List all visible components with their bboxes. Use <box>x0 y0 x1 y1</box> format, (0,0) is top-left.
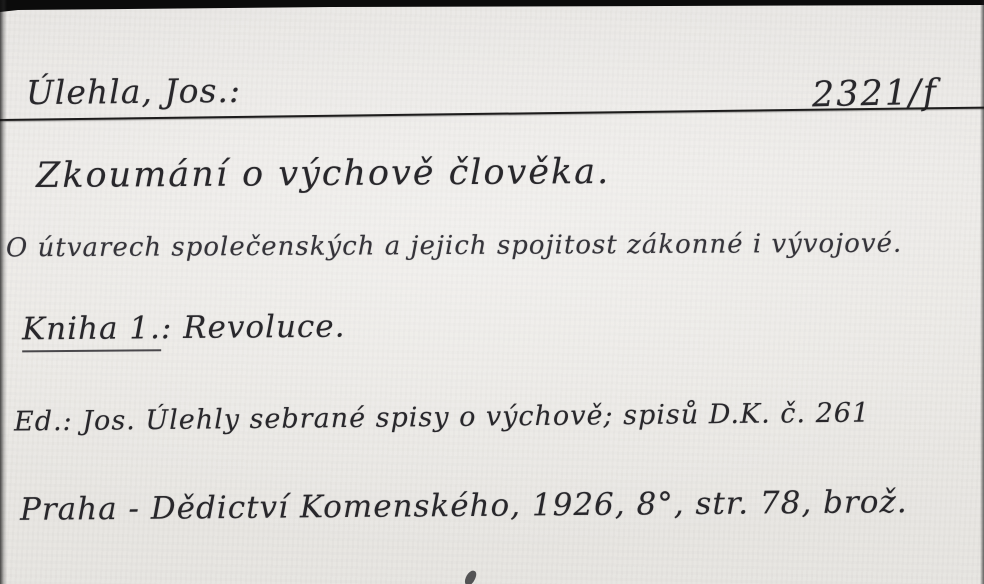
subtitle-line: O útvarech společenských a jejich spojit… <box>6 229 902 264</box>
scan-edge-right <box>980 0 984 584</box>
volume-line: Kniha 1.: Revoluce. <box>22 309 346 348</box>
volume-label-underlined: Kniha 1. <box>22 310 161 352</box>
author-heading: Úlehla, Jos.: <box>26 71 241 112</box>
title-line: Zkoumání o výchově člověka. <box>36 152 610 196</box>
volume-title: : Revoluce. <box>161 309 346 347</box>
scan-edge-left <box>0 0 7 584</box>
catalog-card-scan: Úlehla, Jos.: 2321/f Zkoumání o výchově … <box>0 0 984 584</box>
